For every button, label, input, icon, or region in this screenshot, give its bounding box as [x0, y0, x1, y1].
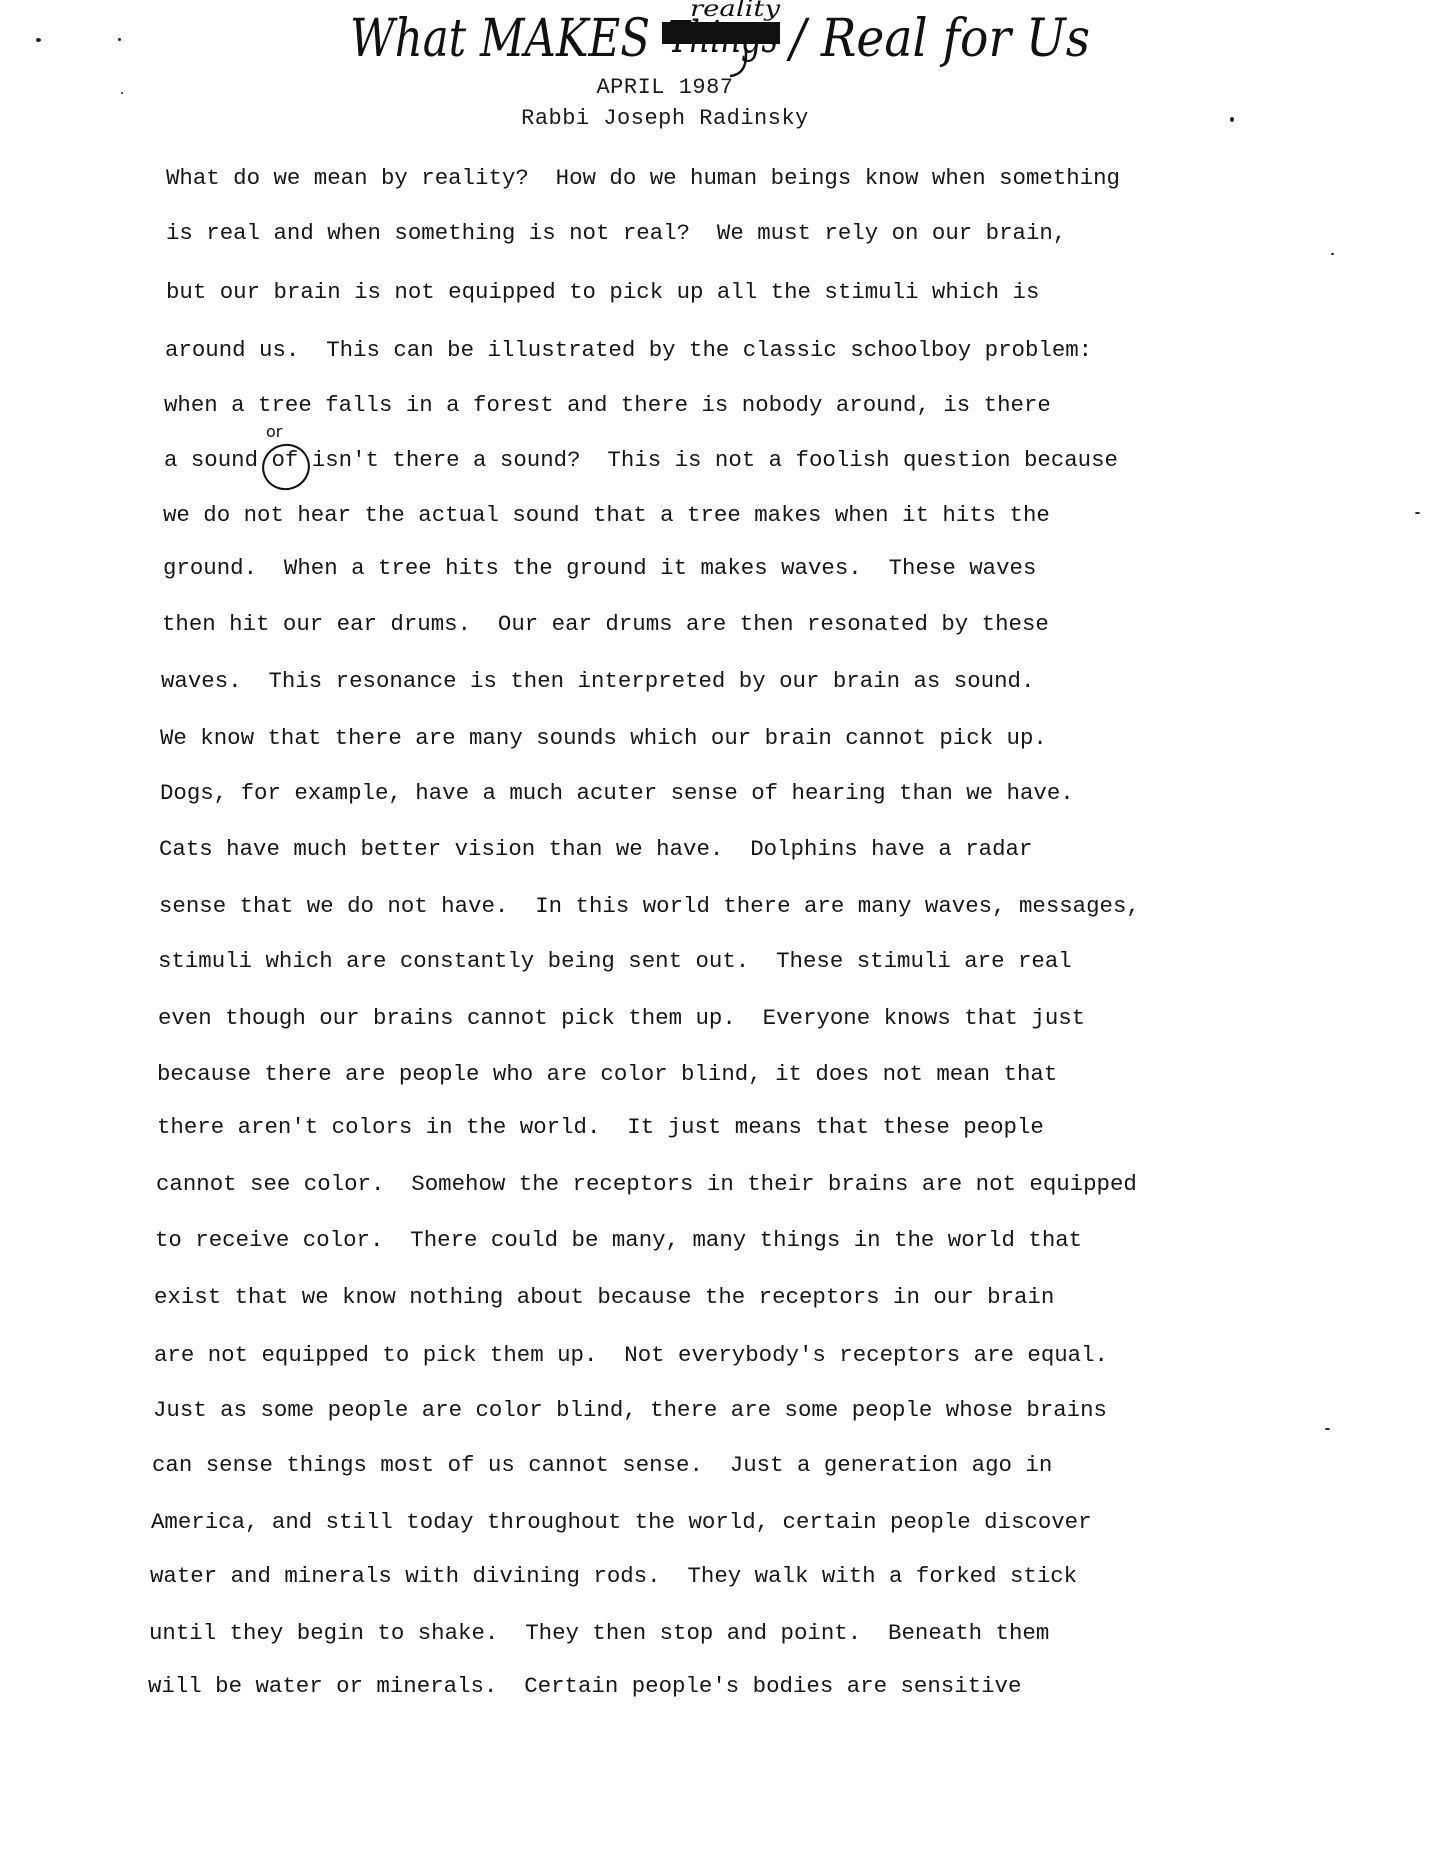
text-line: when a tree falls in a forest and there … — [164, 392, 1051, 418]
text-line: will be water or minerals. Certain peopl… — [148, 1673, 1021, 1699]
scan-speck — [118, 38, 121, 41]
text-line: but our brain is not equipped to pick up… — [166, 279, 1039, 305]
text-line: sense that we do not have. In this world… — [159, 893, 1140, 919]
text-line: We know that there are many sounds which… — [160, 725, 1047, 751]
text-line: until they begin to shake. They then sto… — [149, 1620, 1049, 1646]
text-line: cannot see color. Somehow the receptors … — [156, 1171, 1137, 1197]
scan-speck — [121, 92, 123, 94]
document-body: What do we mean by reality? How do we hu… — [0, 0, 1430, 1851]
text-line: to receive color. There could be many, m… — [155, 1227, 1082, 1253]
text-line: can sense things most of us cannot sense… — [152, 1452, 1052, 1478]
scan-speck — [36, 38, 41, 42]
text-line: is real and when something is not real? … — [166, 220, 1066, 246]
text-line: What do we mean by reality? How do we hu… — [166, 165, 1120, 191]
text-line: Dogs, for example, have a much acuter se… — [160, 780, 1074, 806]
text-line: ground. When a tree hits the ground it m… — [163, 555, 1036, 581]
text-line: stimuli which are constantly being sent … — [158, 948, 1072, 974]
text-line: there aren't colors in the world. It jus… — [157, 1114, 1044, 1140]
text-line: Cats have much better vision than we hav… — [159, 836, 1032, 862]
scan-speck — [1415, 512, 1420, 514]
text-line: around us. This can be illustrated by th… — [165, 337, 1092, 363]
text-line: then hit our ear drums. Our ear drums ar… — [162, 611, 1049, 637]
text-line: we do not hear the actual sound that a t… — [163, 502, 1050, 528]
handwritten-or-annotation: or — [266, 422, 282, 441]
scan-speck — [1230, 117, 1234, 122]
text-line: even though our brains cannot pick them … — [158, 1005, 1085, 1031]
scan-speck — [1331, 253, 1334, 255]
text-line: water and minerals with divining rods. T… — [150, 1563, 1077, 1589]
text-line: are not equipped to pick them up. Not ev… — [154, 1342, 1108, 1368]
text-line: exist that we know nothing about because… — [154, 1284, 1054, 1310]
text-line: waves. This resonance is then interprete… — [161, 668, 1034, 694]
text-line: because there are people who are color b… — [157, 1061, 1057, 1087]
text-line: America, and still today throughout the … — [151, 1509, 1092, 1535]
scan-speck — [1325, 1428, 1330, 1430]
text-line: Just as some people are color blind, the… — [153, 1397, 1107, 1423]
